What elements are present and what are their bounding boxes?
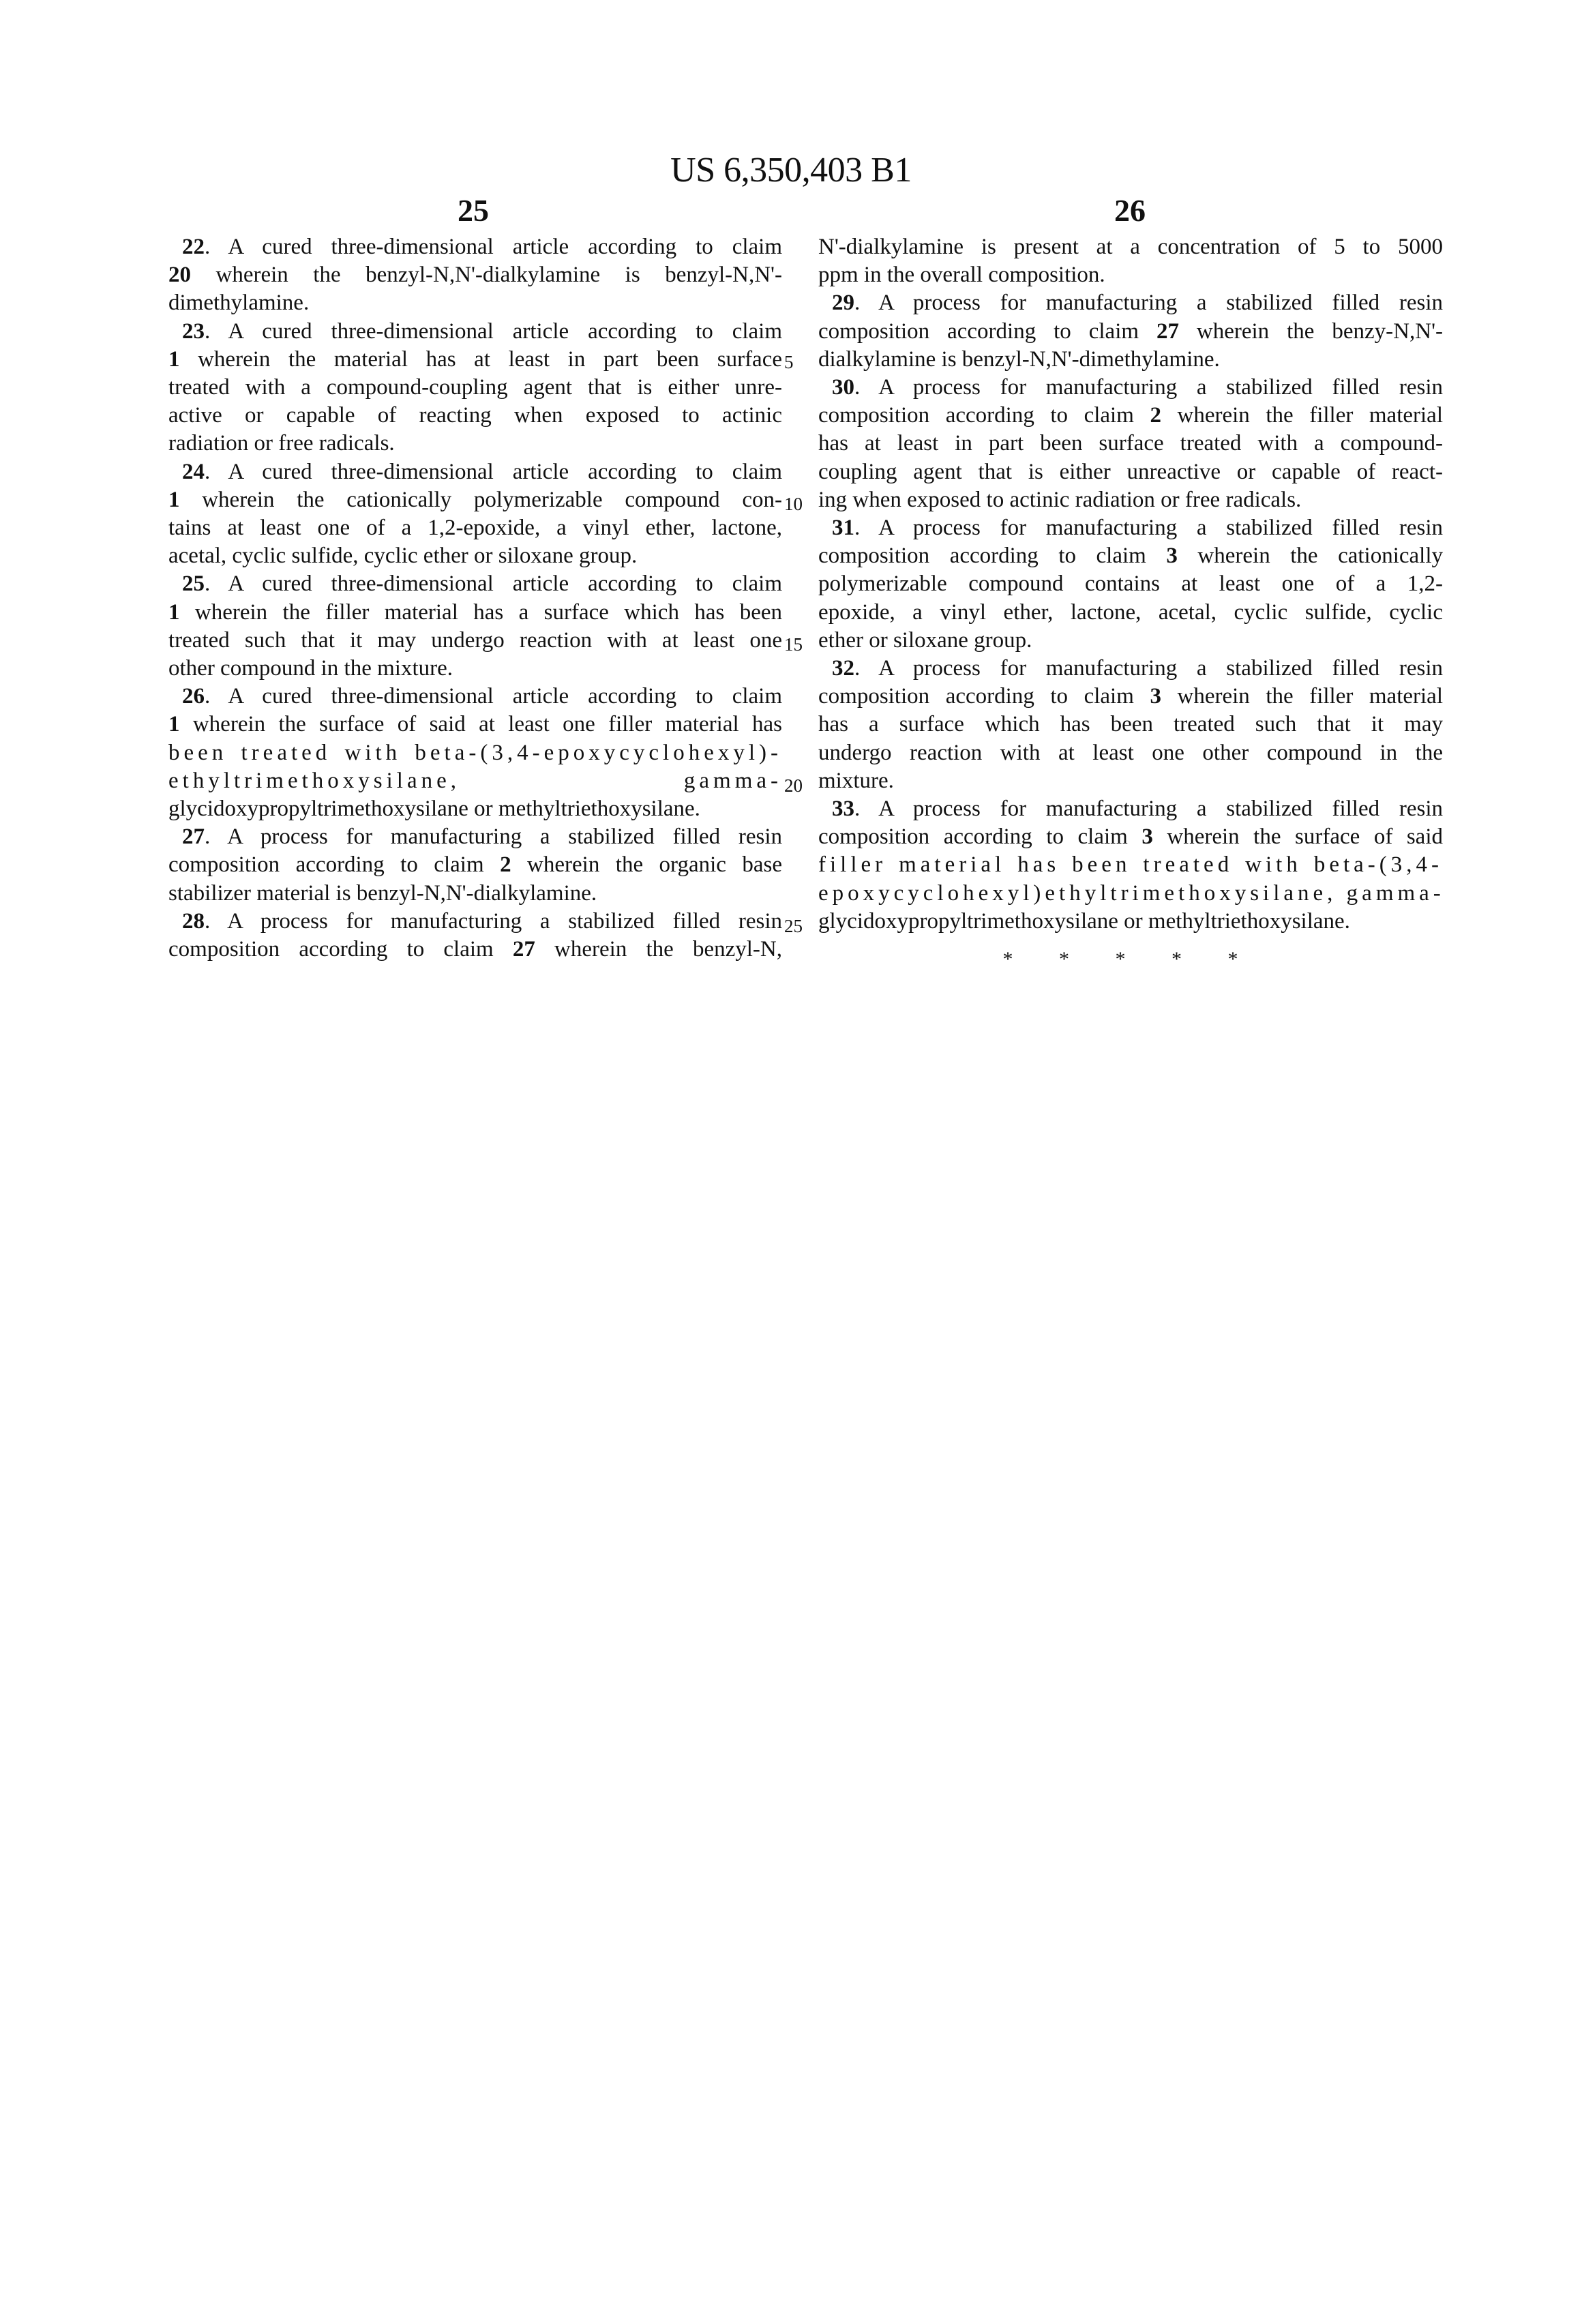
claim-text-line: epoxycyclohexyl)ethyltrimethoxysilane, g… xyxy=(818,880,1443,908)
claim-number: 28 xyxy=(182,909,205,934)
claim-text-line: mixture. xyxy=(818,767,1443,795)
claim-text-line: polymerizable compound contains at least… xyxy=(818,570,1443,598)
claim-start-line: 29. A process for manufacturing a stabil… xyxy=(818,289,1443,317)
claim-start-line: 28. A process for manufacturing a stabil… xyxy=(168,908,782,936)
claim-number: 30 xyxy=(832,375,854,400)
claim-reference: 27 xyxy=(1156,319,1179,344)
claim-reference: 3 xyxy=(1150,684,1161,709)
claim-start-line: 32. A process for manufacturing a stabil… xyxy=(818,655,1443,683)
left-column: 22. A cured three-dimensional article ac… xyxy=(168,233,782,964)
end-of-document-marker: * * * * * xyxy=(818,948,1443,971)
line-number: 15 xyxy=(784,634,825,655)
claim-text-line: has at least in part been surface treate… xyxy=(818,430,1443,458)
claim-text-line: ether or siloxane group. xyxy=(818,627,1443,655)
claim-text-line: active or capable of reacting when expos… xyxy=(168,402,782,430)
claim-reference: 20 xyxy=(168,263,191,287)
claim-start-line: 26. A cured three-dimensional article ac… xyxy=(168,683,782,711)
claim-number: 24 xyxy=(182,460,205,484)
line-number: 5 xyxy=(784,352,825,372)
claim-text-line: ethyltrimethoxysilane, gamma- xyxy=(168,767,782,795)
claim-number: 22 xyxy=(182,235,205,259)
claim-number: 31 xyxy=(832,516,854,540)
claim-reference: 3 xyxy=(1166,543,1178,568)
claim-start-line: 24. A cured three-dimensional article ac… xyxy=(168,458,782,486)
claim-text-line: undergo reaction with at least one other… xyxy=(818,739,1443,767)
claim-reference: 1 xyxy=(168,488,180,512)
claim-reference: 2 xyxy=(1150,403,1161,428)
claim-number: 23 xyxy=(182,319,205,344)
claim-number: 29 xyxy=(832,290,854,315)
claim-text-line: composition according to claim 2 wherein… xyxy=(818,402,1443,430)
claim-text-line: 20 wherein the benzyl-N,N'-dialkylamine … xyxy=(168,261,782,289)
claim-number: 27 xyxy=(182,824,205,849)
claim-text-line: tains at least one of a 1,2-epoxide, a v… xyxy=(168,514,782,542)
claim-text-line: composition according to claim 27 wherei… xyxy=(168,936,782,964)
patent-number: US 6,350,403 B1 xyxy=(0,151,1582,190)
claim-text-line: dialkylamine is benzyl-N,N'-dimethylamin… xyxy=(818,346,1443,374)
claim-start-line: 22. A cured three-dimensional article ac… xyxy=(168,233,782,261)
claim-number: 33 xyxy=(832,796,854,821)
column-number-left: 25 xyxy=(405,194,541,228)
claim-reference: 2 xyxy=(500,852,511,877)
claim-reference: 3 xyxy=(1141,824,1153,849)
claim-text-line: dimethylamine. xyxy=(168,289,782,317)
claim-text-line: coupling agent that is either unreactive… xyxy=(818,458,1443,486)
claim-number: 26 xyxy=(182,684,205,709)
claim-text-line: been treated with beta-(3,4-epoxycyclohe… xyxy=(168,739,782,767)
claim-number: 32 xyxy=(832,656,854,681)
claim-text-line: composition according to claim 3 wherein… xyxy=(818,683,1443,711)
claim-text-line: composition according to claim 27 wherei… xyxy=(818,318,1443,346)
claim-text-line: has a surface which has been treated suc… xyxy=(818,711,1443,739)
claim-start-line: 33. A process for manufacturing a stabil… xyxy=(818,795,1443,823)
claim-text-line: radiation or free radicals. xyxy=(168,430,782,458)
claim-start-line: 31. A process for manufacturing a stabil… xyxy=(818,514,1443,542)
claim-text-line: composition according to claim 3 wherein… xyxy=(818,542,1443,570)
claim-text-line: composition according to claim 2 wherein… xyxy=(168,851,782,879)
claim-text-line: composition according to claim 3 wherein… xyxy=(818,823,1443,851)
claim-start-line: 23. A cured three-dimensional article ac… xyxy=(168,318,782,346)
claim-text-line: epoxide, a vinyl ether, lactone, acetal,… xyxy=(818,599,1443,627)
claim-text-line: ing when exposed to actinic radiation or… xyxy=(818,486,1443,514)
claim-text-line: 1 wherein the cationically polymerizable… xyxy=(168,486,782,514)
claim-start-line: 27. A process for manufacturing a stabil… xyxy=(168,823,782,851)
column-number-right: 26 xyxy=(1062,194,1198,228)
claim-text-line: filler material has been treated with be… xyxy=(818,851,1443,879)
claim-number: 25 xyxy=(182,571,205,596)
claim-text-line: 1 wherein the surface of said at least o… xyxy=(168,711,782,739)
claim-reference: 1 xyxy=(168,600,180,625)
claim-text-line: treated with a compound-coupling agent t… xyxy=(168,374,782,402)
claim-start-line: 25. A cured three-dimensional article ac… xyxy=(168,570,782,598)
claim-text-line: other compound in the mixture. xyxy=(168,655,782,683)
claim-text-line: glycidoxypropyltrimethoxysilane or methy… xyxy=(168,795,782,823)
claim-text-line: N'-dialkylamine is present at a concentr… xyxy=(818,233,1443,261)
line-number: 10 xyxy=(784,494,825,514)
line-number: 20 xyxy=(784,775,825,796)
claim-reference: 27 xyxy=(513,937,535,962)
right-column: N'-dialkylamine is present at a concentr… xyxy=(818,233,1443,936)
claim-reference: 1 xyxy=(168,347,180,372)
claim-text-line: acetal, cyclic sulfide, cyclic ether or … xyxy=(168,542,782,570)
claim-text-line: treated such that it may undergo reactio… xyxy=(168,627,782,655)
claim-text-line: stabilizer material is benzyl-N,N'-dialk… xyxy=(168,880,782,908)
claim-start-line: 30. A process for manufacturing a stabil… xyxy=(818,374,1443,402)
claim-reference: 1 xyxy=(168,712,180,736)
claim-text-line: 1 wherein the filler material has a surf… xyxy=(168,599,782,627)
claim-text-line: glycidoxypropyltrimethoxysilane or methy… xyxy=(818,908,1443,936)
claim-text-line: ppm in the overall composition. xyxy=(818,261,1443,289)
claim-text-line: 1 wherein the material has at least in p… xyxy=(168,346,782,374)
line-number: 25 xyxy=(784,916,825,936)
